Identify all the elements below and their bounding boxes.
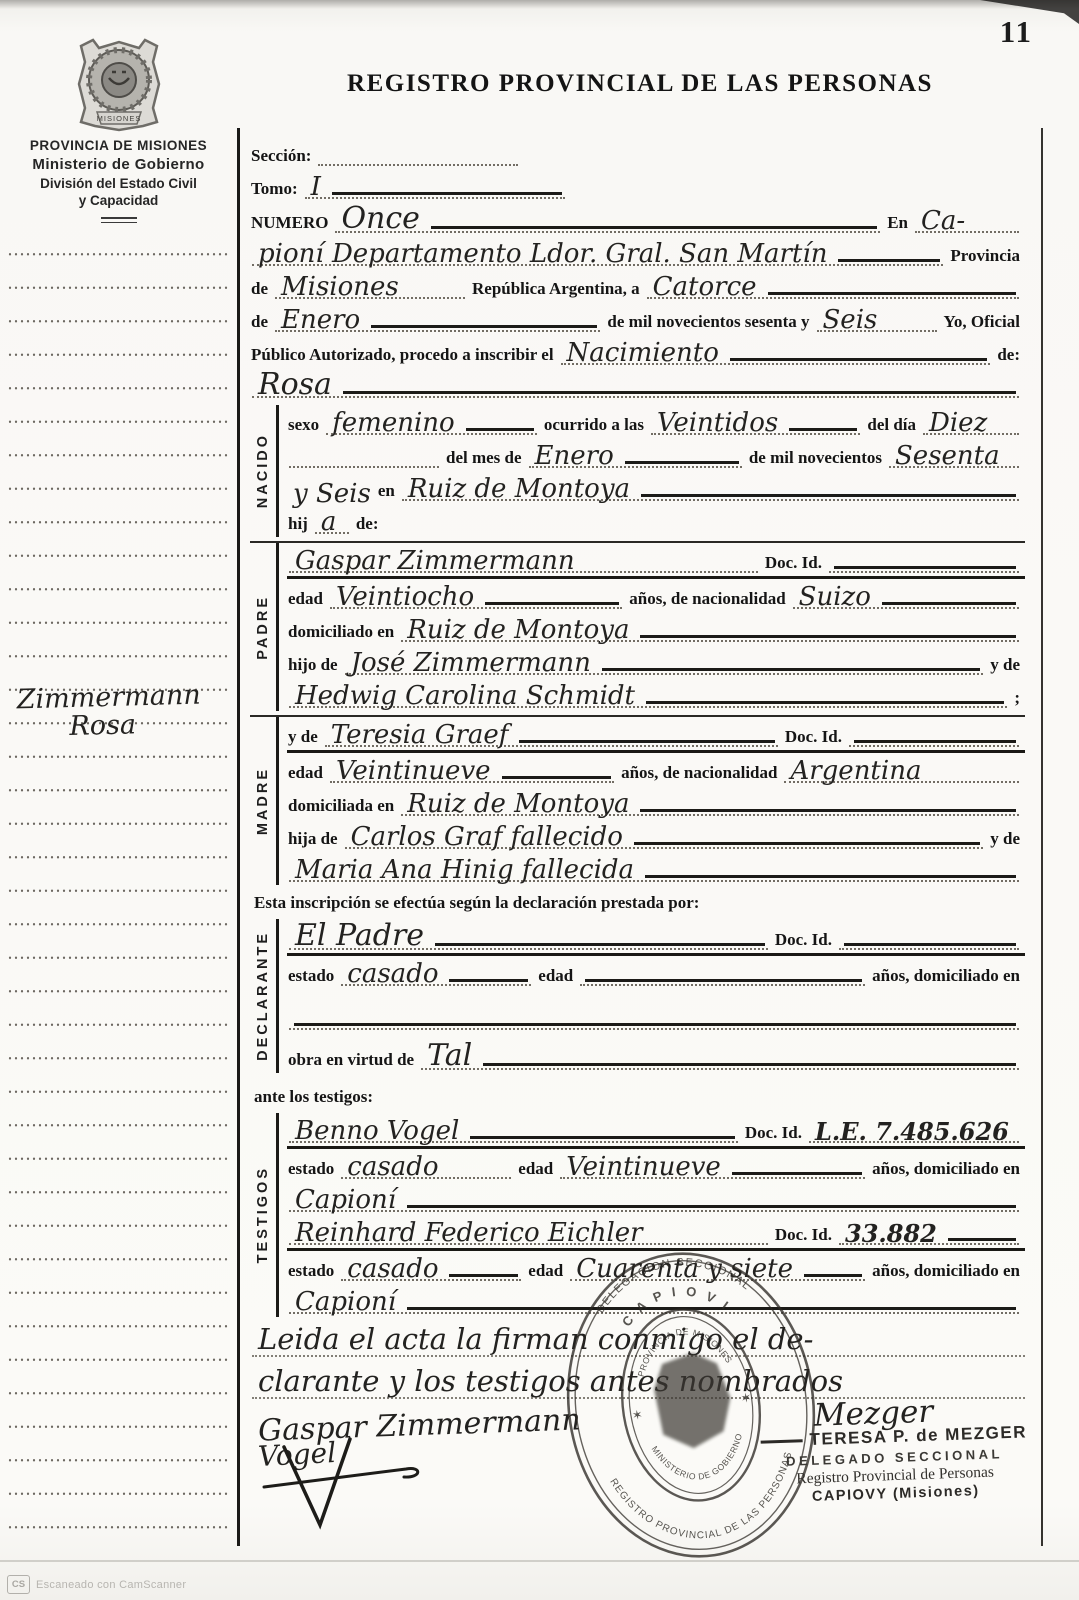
- madre-yde-label: y de: [287, 727, 323, 750]
- publico-label: Público Autorizado, procedo a inscribir …: [250, 345, 559, 368]
- testigo1-dom-value: Capioní: [289, 1188, 402, 1213]
- hora-label: ocurrido a las: [543, 415, 649, 438]
- padre-nombre-value: Gaspar Zimmermann: [289, 549, 581, 574]
- scan-edge-shadow-top: [0, 0, 1079, 9]
- declarante-domicilio-label: años, domiciliado en: [871, 966, 1025, 989]
- provincia-field: Misiones: [275, 272, 465, 299]
- declarante-obra-row: obra en virtud de Tal: [287, 1033, 1025, 1073]
- hij-label: hij: [287, 514, 313, 537]
- tomo-row: Tomo: I: [250, 169, 1025, 202]
- y-de-label: y de: [989, 655, 1025, 678]
- fecha-dia-field: Catorce: [647, 272, 1019, 299]
- republica-label: República Argentina, a: [471, 279, 645, 302]
- pen-stroke: [485, 602, 619, 605]
- margin-dotted-lines: Zimmermann Rosa: [7, 240, 228, 1546]
- padre-docid-field: [829, 566, 1019, 573]
- padre-edad-label: edad: [287, 589, 328, 612]
- testigo2-docid-field: 33.882: [839, 1220, 1019, 1245]
- dia-value: Diez: [923, 411, 993, 436]
- declarante-nombre-field: El Padre: [289, 919, 768, 950]
- madre-docid-label: Doc. Id.: [784, 727, 847, 750]
- pen-stroke: [789, 428, 857, 431]
- seccion-value: [318, 164, 518, 166]
- padre-edad-field: Veintiocho: [330, 582, 622, 609]
- sexo-field: femenino: [326, 408, 537, 435]
- hora-value: Veintidos: [651, 411, 784, 436]
- mes-nac-value: Enero: [529, 444, 620, 469]
- declarante-section-label: DECLARANTE: [255, 931, 271, 1061]
- pen-stroke: [838, 259, 940, 262]
- padre-nombre-field: Gaspar Zimmermann: [289, 546, 758, 573]
- declarante-nombre-value: El Padre: [289, 922, 430, 951]
- testigo1-estado-value: casado: [341, 1155, 444, 1180]
- declarante-domicilio-row: [287, 989, 1025, 1033]
- letterhead-province: PROVINCIA DE MISIONES: [0, 138, 237, 153]
- padre-abuela-value: Hedwig Carolina Schmidt: [289, 684, 641, 709]
- de-label: de: [250, 312, 273, 335]
- madre-nacionalidad-label: años, de nacionalidad: [620, 763, 782, 786]
- padre-domicilio-row: domiciliado en Ruiz de Montoya: [287, 612, 1025, 645]
- departamento-field: pioní Departamento Ldor. Gral. San Martí…: [252, 239, 943, 266]
- testigo1-estado-label: estado: [287, 1159, 339, 1182]
- numero-label: NUMERO: [250, 213, 333, 236]
- siglo-label: de mil novecientos sesenta y: [606, 312, 814, 335]
- sexo-row: sexo femenino ocurrido a las Veintidos d…: [287, 405, 1025, 438]
- testigo1-domicilio-row: Capioní: [287, 1182, 1025, 1215]
- pen-stroke: [519, 740, 774, 743]
- testigo2-dom-label: años, domiciliado en: [871, 1261, 1025, 1284]
- lugar-nac-value: Ruiz de Montoya: [402, 477, 636, 502]
- testigo1-nombre-field: Benno Vogel: [289, 1116, 738, 1143]
- pen-stroke: [882, 602, 1016, 605]
- letterhead-division: División del Estado Civil: [0, 176, 237, 191]
- pen-stroke: [470, 1136, 735, 1139]
- anio-label: de mil novecientos: [748, 448, 887, 471]
- nombre-inscripto-value: Rosa: [252, 371, 338, 400]
- padre-section-label: PADRE: [255, 595, 271, 660]
- anio-nac-field: Sesenta: [889, 441, 1019, 468]
- madre-edad-field: Veintinueve: [330, 756, 614, 783]
- section-madre: MADRE y de Teresia Graef Doc. Id. edad: [250, 715, 1025, 885]
- pen-stroke: [332, 192, 562, 195]
- hij-genero-value: a: [315, 510, 343, 535]
- obra-field: Tal: [421, 1039, 1019, 1070]
- testigo1-edad-value: Veintinueve: [560, 1155, 727, 1180]
- lugar-nac-field: Ruiz de Montoya: [402, 474, 1019, 501]
- tomo-value: I: [305, 175, 327, 200]
- madre-abuelo-field: Carlos Graf fallecido: [345, 822, 984, 849]
- testigos-intro: ante los testigos:: [250, 1073, 1025, 1109]
- mes-nacimiento-row: del mes de Enero de mil novecientos Sese…: [287, 438, 1025, 471]
- padre-nacionalidad-label: años, de nacionalidad: [628, 589, 790, 612]
- pen-strike: [760, 1440, 802, 1444]
- declarante-estado-value: casado: [341, 962, 444, 987]
- padre-domicilio-value: Ruiz de Montoya: [401, 618, 635, 643]
- testigo1-dom-field: Capioní: [289, 1185, 1019, 1212]
- madre-abuelo-value: Carlos Graf fallecido: [345, 825, 629, 850]
- letterhead-ministry: Ministerio de Gobierno: [0, 156, 237, 173]
- testigo1-edad-label: edad: [517, 1159, 558, 1182]
- obra-value: Tal: [421, 1042, 478, 1071]
- testigo2-estado-label: estado: [287, 1261, 339, 1284]
- pen-stroke: [634, 842, 980, 845]
- form-title: REGISTRO PROVINCIAL DE LAS PERSONAS: [237, 70, 1043, 98]
- numero-row: NUMERO Once En Ca-: [250, 202, 1025, 236]
- obra-label: obra en virtud de: [287, 1050, 419, 1073]
- nombre-inscripto-row: Rosa: [250, 368, 1025, 402]
- tomo-field: I: [305, 172, 565, 199]
- madre-domicilio-field: Ruiz de Montoya: [401, 789, 1019, 816]
- pen-stroke: [640, 635, 1016, 638]
- sexo-label: sexo: [287, 415, 324, 438]
- provincia-value: Misiones: [275, 275, 405, 300]
- nombre-inscripto-field: Rosa: [252, 368, 1019, 399]
- acto-row: Público Autorizado, procedo a inscribir …: [250, 335, 1025, 368]
- testigo1-docid-label: Doc. Id.: [744, 1123, 807, 1146]
- declaracion-intro: Esta inscripción se efectúa según la dec…: [250, 885, 1025, 915]
- mes-value: Enero: [275, 308, 366, 333]
- stamp-center-crest: [649, 1348, 737, 1452]
- departamento-row: pioní Departamento Ldor. Gral. San Martí…: [250, 236, 1025, 269]
- padre-nacionalidad-field: Suizo: [793, 582, 1019, 609]
- blank-field: [289, 466, 439, 468]
- testigos-section-label: TESTIGOS: [255, 1166, 271, 1263]
- y-de-label: y de: [989, 829, 1025, 852]
- testigo1-nombre-row: Benno Vogel Doc. Id. L.E. 7.485.626: [287, 1113, 1025, 1149]
- madre-domicilio-label: domiciliada en: [287, 796, 399, 819]
- madre-nombre-field: Teresia Graef: [325, 720, 778, 747]
- madre-abuelo-row: hija de Carlos Graf fallecido y de: [287, 819, 1025, 852]
- hora-field: Veintidos: [651, 408, 860, 435]
- pen-stroke: [431, 226, 877, 229]
- testigo1-nombre-value: Benno Vogel: [289, 1119, 465, 1144]
- pen-stroke: [585, 979, 862, 982]
- mes-label: del mes de: [445, 448, 527, 471]
- stamp-star-left: ✶: [631, 1407, 644, 1424]
- pen-stroke: [834, 566, 1016, 569]
- de-label: de:: [996, 345, 1025, 368]
- madre-nacionalidad-value: Argentina: [784, 759, 927, 784]
- en-value: Ca-: [915, 209, 971, 234]
- madre-section-label: MADRE: [255, 767, 271, 835]
- declarante-estado-field: casado: [341, 959, 531, 986]
- pen-stroke: [483, 1063, 1016, 1066]
- pen-stroke: [343, 391, 1016, 394]
- pen-stroke: [730, 358, 987, 361]
- testigo2-dom-value: Capioní: [289, 1290, 402, 1315]
- declarante-domicilio-field: [289, 1023, 1019, 1030]
- camscanner-watermark: CS Escaneado con CamScanner: [7, 1575, 186, 1594]
- seccion-label: Sección:: [250, 146, 316, 169]
- de-label: de:: [355, 514, 384, 537]
- mes-field: Enero: [275, 305, 600, 332]
- testigo2-estado-value: casado: [341, 1257, 444, 1282]
- pen-stroke: [449, 979, 528, 982]
- padre-abuelo-row: hijo de José Zimmermann y de: [287, 645, 1025, 678]
- madre-docid-field: [849, 740, 1019, 747]
- dia-label: del día: [866, 415, 921, 438]
- padre-abuelo-field: José Zimmermann: [345, 648, 984, 675]
- hija-de-row: hij a de:: [287, 504, 1025, 537]
- pen-stroke: [645, 875, 1016, 878]
- padre-docid-label: Doc. Id.: [764, 553, 827, 576]
- letterhead-column: MISIONES PROVINCIA DE MISIONES Ministeri…: [0, 34, 237, 223]
- padre-abuela-row: Hedwig Carolina Schmidt ;: [287, 678, 1025, 711]
- pen-stroke: [948, 1238, 1016, 1241]
- provincia-misiones-seal-icon: MISIONES: [59, 34, 179, 134]
- acto-field: Nacimiento: [561, 338, 991, 365]
- anio-value: Seis: [817, 308, 884, 333]
- margin-note-given-name: Rosa: [11, 711, 208, 742]
- testigo1-estado-row: estado casado edad Veintinueve años, dom…: [287, 1149, 1025, 1182]
- svg-text:MISIONES: MISIONES: [96, 114, 141, 123]
- testigo1-dom-label: años, domiciliado en: [871, 1159, 1025, 1182]
- camscanner-icon: CS: [7, 1575, 30, 1594]
- padre-hijo-label: hijo de: [287, 655, 343, 678]
- official-signature: Mezger: [807, 1393, 940, 1434]
- declarante-nombre-row: El Padre Doc. Id.: [287, 919, 1025, 956]
- letterhead-capacity: y Capacidad: [0, 193, 237, 208]
- mes-row: de Enero de mil novecientos sesenta y Se…: [250, 302, 1025, 335]
- pen-stroke: [768, 292, 1016, 295]
- madre-abuela-field: Maria Ana Hinig fallecida: [289, 855, 1019, 882]
- madre-domicilio-row: domiciliada en Ruiz de Montoya: [287, 786, 1025, 819]
- padre-nacionalidad-value: Suizo: [793, 585, 877, 610]
- madre-nombre-row: y de Teresia Graef Doc. Id.: [287, 717, 1025, 753]
- provincia-label: Provincia: [949, 246, 1025, 269]
- acto-value: Nacimiento: [561, 341, 725, 366]
- pen-stroke: [294, 1023, 1016, 1026]
- testigo1-edad-field: Veintinueve: [560, 1152, 865, 1179]
- pen-stroke: [641, 494, 1016, 497]
- testigo1-estado-field: casado: [341, 1152, 511, 1179]
- pen-stroke: [732, 1172, 862, 1175]
- padre-edad-value: Veintiocho: [330, 585, 480, 610]
- margin-note: Zimmermann Rosa: [10, 679, 207, 738]
- provincia-row: de Misiones República Argentina, a Cator…: [250, 269, 1025, 302]
- madre-abuela-row: Maria Ana Hinig fallecida: [287, 852, 1025, 885]
- pen-stroke: [371, 325, 597, 328]
- testigo2-estado-field: casado: [341, 1254, 521, 1281]
- madre-edad-row: edad Veintinueve años, de nacionalidad A…: [287, 753, 1025, 786]
- pen-stroke: [449, 1274, 518, 1277]
- en-label: en: [377, 481, 400, 504]
- en-label: En: [886, 213, 913, 236]
- hij-genero-field: a: [315, 507, 349, 534]
- padre-abuela-field: Hedwig Carolina Schmidt: [289, 681, 1007, 708]
- section-declarante: DECLARANTE El Padre Doc. Id. estado casa…: [250, 919, 1025, 1073]
- de-label: de: [250, 279, 273, 302]
- declarante-edad-field: [580, 979, 865, 986]
- madre-edad-label: edad: [287, 763, 328, 786]
- padre-abuelo-value: José Zimmermann: [345, 651, 597, 676]
- mes-nac-field: Enero: [529, 441, 742, 468]
- fecha-dia-value: Catorce: [647, 275, 763, 300]
- pen-stroke: [854, 740, 1016, 743]
- pen-stroke: [625, 461, 739, 464]
- pen-stroke: [435, 943, 765, 946]
- pen-stroke: [466, 428, 534, 431]
- numero-field: Once: [335, 202, 880, 233]
- letterhead-divider: [101, 217, 137, 223]
- signature-flourish: [256, 1429, 456, 1549]
- declarante-edad-label: edad: [537, 966, 578, 989]
- scan-edge-line-bottom: [0, 1560, 1079, 1562]
- padre-domicilio-label: domiciliado en: [287, 622, 399, 645]
- yo-oficial-label: Yo, Oficial: [943, 312, 1026, 335]
- testigo2-docid-value: 33.882: [839, 1223, 943, 1246]
- anio-field: Seis: [817, 305, 937, 332]
- stamp-star-right: ✶: [739, 1390, 752, 1407]
- lugar-nacimiento-row: y Seis en Ruiz de Montoya: [287, 471, 1025, 504]
- departamento-value: pioní Departamento Ldor. Gral. San Martí…: [252, 242, 833, 267]
- official-signature-block: Mezger TERESA P. de MEZGER DELEGADO SECC…: [759, 1391, 1029, 1507]
- numero-value: Once: [335, 205, 425, 234]
- pen-stroke: [646, 701, 1004, 704]
- madre-edad-value: Veintinueve: [330, 759, 497, 784]
- anio-nac-value1: Sesenta: [889, 444, 1006, 469]
- madre-domicilio-value: Ruiz de Montoya: [401, 792, 635, 817]
- sexo-value: femenino: [326, 411, 461, 436]
- section-padre: PADRE Gaspar Zimmermann Doc. Id. edad Ve…: [250, 541, 1025, 711]
- declarante-estado-row: estado casado edad años, domiciliado en: [287, 956, 1025, 989]
- camscanner-text: Escaneado con CamScanner: [36, 1579, 186, 1591]
- madre-abuela-value: Maria Ana Hinig fallecida: [289, 858, 640, 883]
- pen-stroke: [640, 809, 1016, 812]
- declarante-docid-field: [839, 943, 1019, 950]
- declarante-docid-label: Doc. Id.: [774, 930, 837, 953]
- dia-field: Diez: [923, 408, 1019, 435]
- padre-edad-row: edad Veintiocho años, de nacionalidad Su…: [287, 579, 1025, 612]
- nacido-section-label: NACIDO: [255, 433, 271, 508]
- pen-stroke: [502, 776, 612, 779]
- declarante-estado-label: estado: [287, 966, 339, 989]
- en-field: Ca-: [915, 206, 1019, 233]
- pen-stroke: [407, 1205, 1016, 1208]
- tomo-label: Tomo:: [250, 179, 303, 202]
- madre-nombre-value: Teresia Graef: [325, 723, 515, 748]
- testigo1-docid-field: L.E. 7.485.626: [809, 1118, 1019, 1143]
- padre-nombre-row: Gaspar Zimmermann Doc. Id.: [287, 543, 1025, 579]
- page-number: 11: [1000, 14, 1033, 50]
- padre-fin-label: ;: [1013, 688, 1025, 711]
- testigo1-docid-value: L.E. 7.485.626: [809, 1121, 1015, 1144]
- madre-nacionalidad-field: Argentina: [784, 756, 1019, 783]
- pen-stroke: [844, 943, 1016, 946]
- madre-hija-label: hija de: [287, 829, 343, 852]
- seccion-row: Sección:: [250, 136, 1025, 169]
- padre-domicilio-field: Ruiz de Montoya: [401, 615, 1019, 642]
- section-nacido: NACIDO sexo femenino ocurrido a las Vein…: [250, 405, 1025, 537]
- scanned-birth-record-page: 11 MISIONES PROVINCIA DE MISIONES Minist…: [0, 0, 1079, 1600]
- pen-stroke: [602, 668, 980, 671]
